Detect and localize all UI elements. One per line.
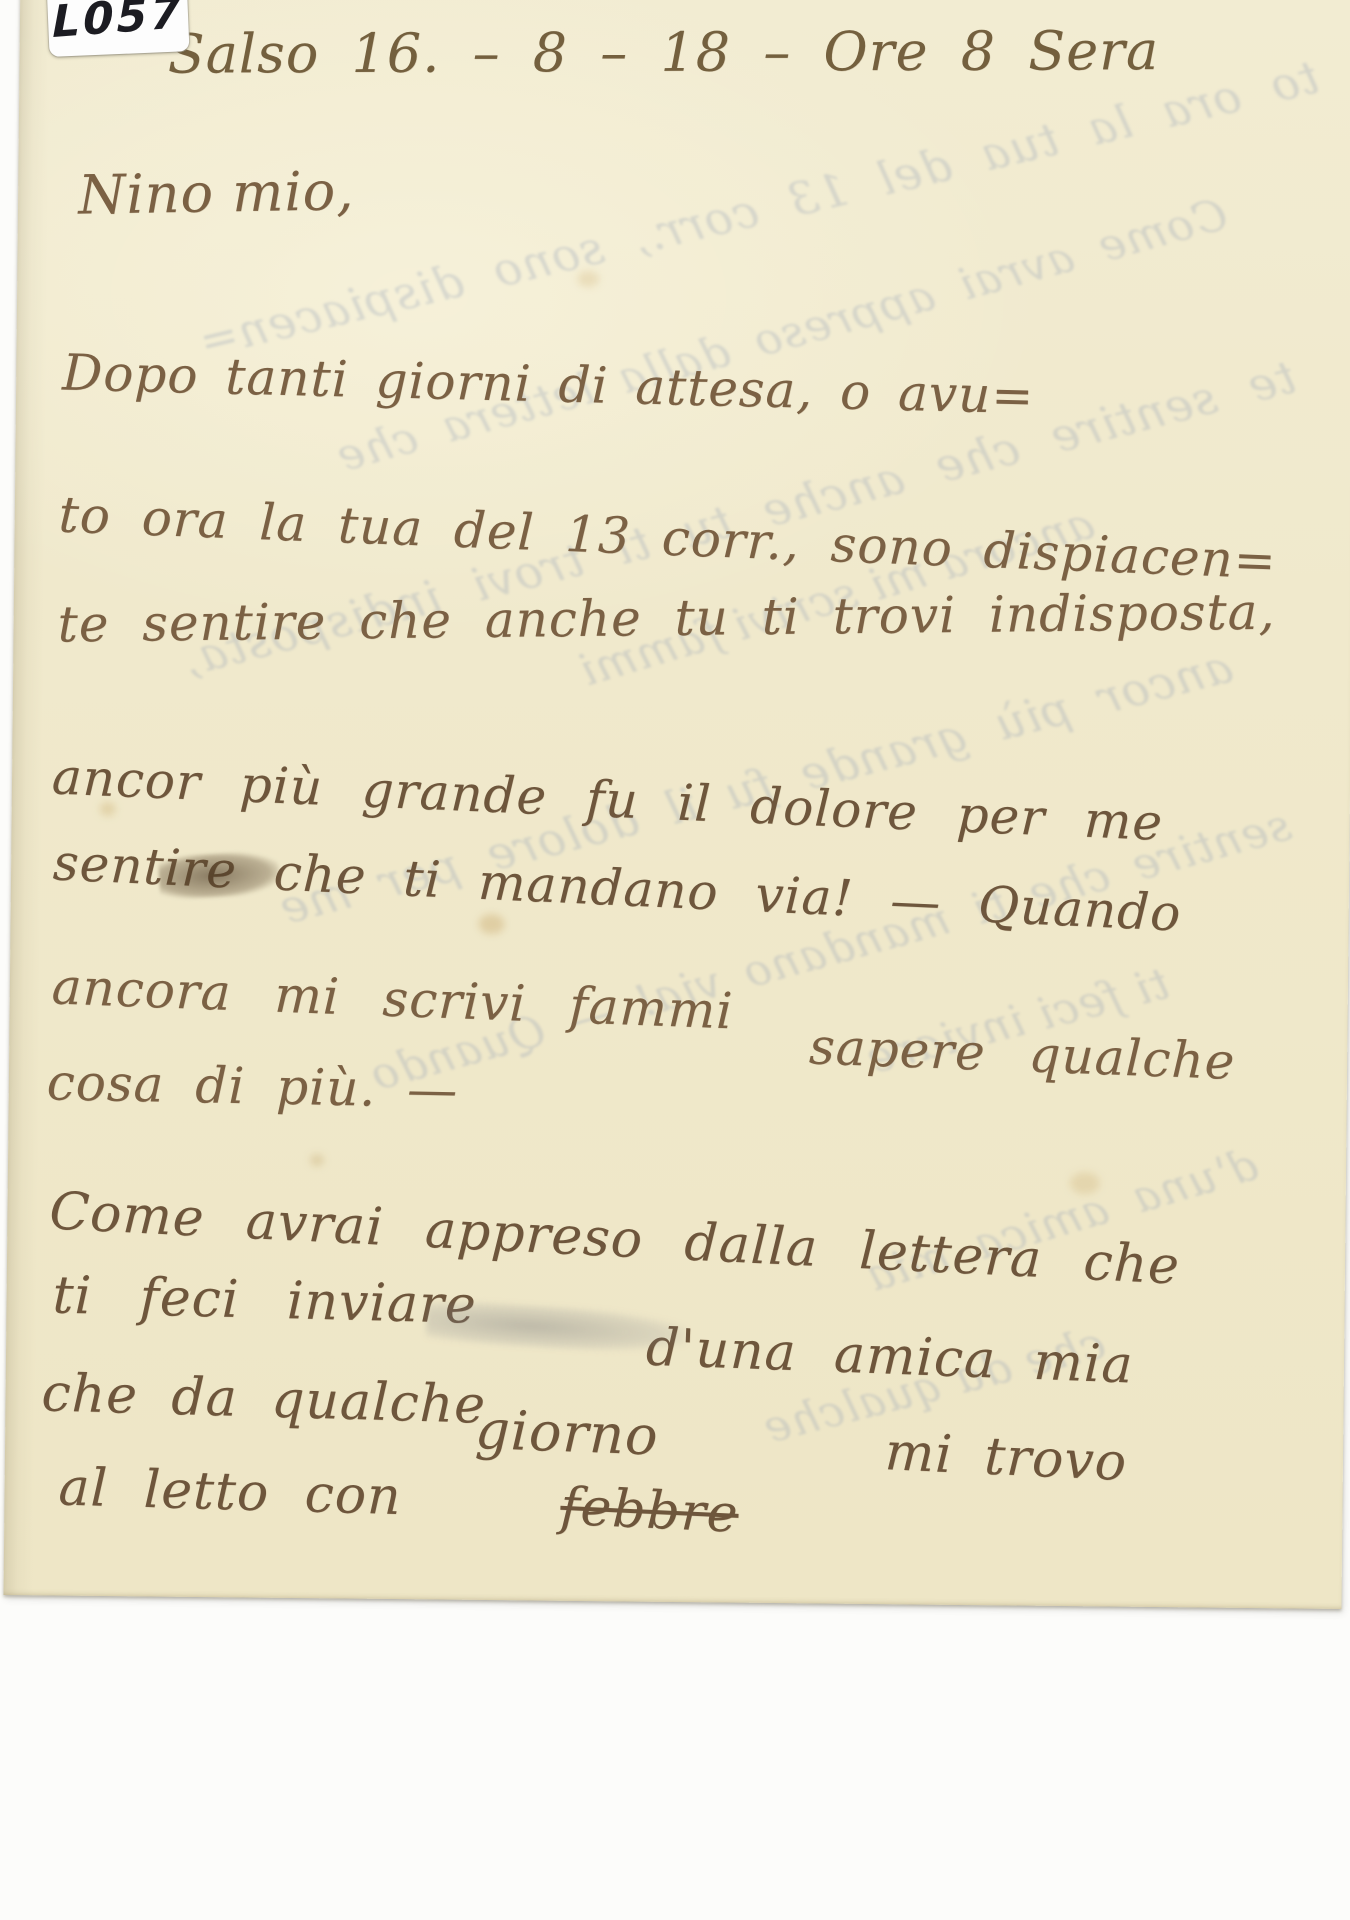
body-line: sentire che ti mandano via! — Quando (52, 833, 1183, 942)
body-line: ancora mi scrivi fammi (51, 957, 735, 1040)
bleed-line: Come avrai appreso dalla lettera che (331, 189, 1233, 483)
struck-word: febbre (559, 1477, 740, 1545)
scanned-letter-page: to ora la tua del 13 corr., sono dispiac… (0, 0, 1350, 1920)
archive-label: L057 (52, 0, 184, 48)
foxing-spot (577, 271, 599, 287)
salutation: Nino mio, (78, 159, 355, 226)
body-line: cosa di più. — (46, 1053, 458, 1119)
foxing-spot (478, 914, 504, 934)
body-line: ancor più grande fu il dolore per me (51, 747, 1164, 852)
body-line: d'una amica mia (645, 1318, 1135, 1396)
foxing-spot (310, 1154, 324, 1166)
date-line: Salso 16. – 8 – 18 – Ore 8 Sera (168, 19, 1160, 85)
foxing-spot (1070, 1172, 1100, 1194)
bleed-line: to ora la tua del 13 corr., sono dispiac… (193, 49, 1324, 368)
body-line: che da qualche (41, 1363, 487, 1435)
body-line: al letto con (58, 1458, 403, 1528)
body-line: ti feci inviare (52, 1265, 477, 1335)
body-line: to ora la tua del 13 corr., sono dispiac… (58, 485, 1278, 590)
archive-label-sticker: L057 (47, 0, 190, 57)
body-line: te sentire che anche tu ti trovi indispo… (57, 583, 1275, 654)
paper-sheet: to ora la tua del 13 corr., sono dispiac… (4, 0, 1350, 1609)
body-line: sapere qualche (808, 1017, 1236, 1091)
body-line: giorno (474, 1398, 660, 1468)
body-line: Dopo tanti giorni di attesa, o avu= (62, 344, 1035, 426)
body-line: mi trovo (884, 1422, 1129, 1493)
